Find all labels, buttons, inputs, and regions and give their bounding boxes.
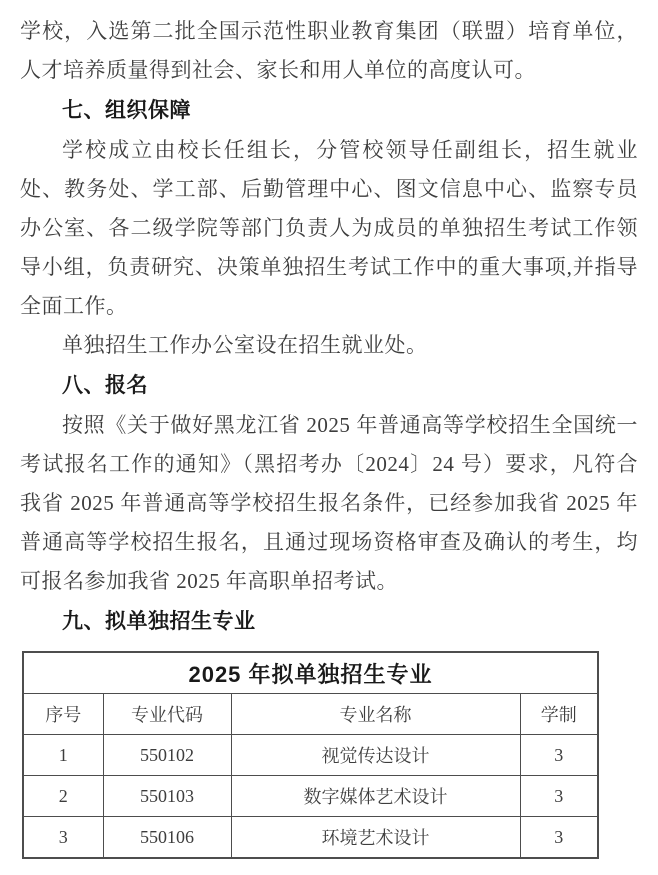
- table-cell-major-code: 550106: [103, 817, 231, 859]
- paragraph-organization-2: 单独招生工作办公室设在招生就业处。: [20, 326, 638, 365]
- column-header-major-name: 专业名称: [231, 694, 520, 735]
- document-page: 学校，入选第二批全国示范性职业教育集团（联盟）培育单位，人才培养质量得到社会、家…: [0, 0, 658, 875]
- table-cell-duration: 3: [520, 735, 598, 776]
- paragraph-registration-1: 按照《关于做好黑龙江省 2025 年普通高等学校招生全国统一考试报名工作的通知》…: [20, 406, 638, 601]
- table-header-row: 序号 专业代码 专业名称 学制: [23, 694, 598, 735]
- table-cell-index: 1: [23, 735, 103, 776]
- table-cell-major-name: 环境艺术设计: [231, 817, 520, 859]
- table-title: 2025 年拟单独招生专业: [23, 652, 598, 694]
- table-cell-major-name: 视觉传达设计: [231, 735, 520, 776]
- table-cell-major-code: 550102: [103, 735, 231, 776]
- section-heading-majors: 九、拟单独招生专业: [20, 602, 638, 641]
- table-row: 3 550106 环境艺术设计 3: [23, 817, 598, 859]
- table-title-row: 2025 年拟单独招生专业: [23, 652, 598, 694]
- section-heading-registration: 八、报名: [20, 366, 638, 405]
- table-cell-duration: 3: [520, 817, 598, 859]
- majors-table: 2025 年拟单独招生专业 序号 专业代码 专业名称 学制 1 550102 视…: [22, 651, 599, 859]
- paragraph-organization-1: 学校成立由校长任组长，分管校领导任副组长，招生就业处、教务处、学工部、后勤管理中…: [20, 131, 638, 326]
- table-cell-index: 2: [23, 776, 103, 817]
- table-cell-major-name: 数字媒体艺术设计: [231, 776, 520, 817]
- table-cell-index: 3: [23, 817, 103, 859]
- column-header-index: 序号: [23, 694, 103, 735]
- table-row: 2 550103 数字媒体艺术设计 3: [23, 776, 598, 817]
- column-header-duration: 学制: [520, 694, 598, 735]
- column-header-major-code: 专业代码: [103, 694, 231, 735]
- table-row: 1 550102 视觉传达设计 3: [23, 735, 598, 776]
- table-cell-duration: 3: [520, 776, 598, 817]
- section-heading-organization: 七、组织保障: [20, 91, 638, 130]
- table-cell-major-code: 550103: [103, 776, 231, 817]
- paragraph-continuation: 学校，入选第二批全国示范性职业教育集团（联盟）培育单位，人才培养质量得到社会、家…: [20, 12, 638, 90]
